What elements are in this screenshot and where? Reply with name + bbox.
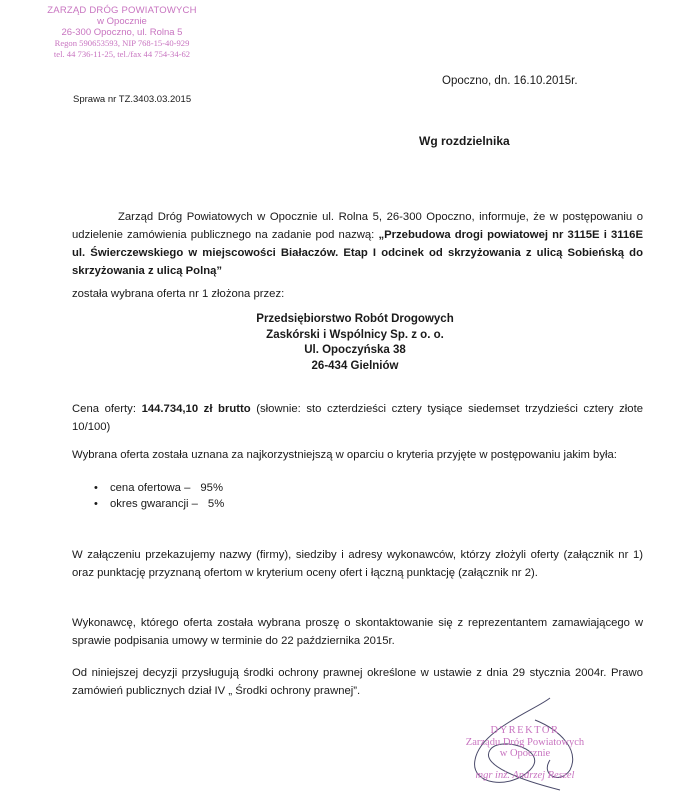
date-line: Opoczno, dn. 16.10.2015r. (442, 75, 578, 87)
paragraph-attachments: W załączeniu przekazujemy nazwy (firmy),… (72, 546, 643, 582)
price-label: Cena oferty: (72, 403, 142, 415)
criteria-list: cena ofertowa –95% okres gwarancji –5% (92, 480, 224, 512)
signature-stamp: DYREKTOR Zarządu Dróg Powiatowych w Opoc… (440, 725, 610, 781)
paragraph-price: Cena oferty: 144.734,10 zł brutto (słown… (72, 400, 643, 436)
contractor-street: Ul. Opoczyńska 38 (30, 343, 680, 359)
stamp-ids: Regon 590653593, NIP 768-15-40-929 (22, 38, 222, 49)
signature-org: Zarządu Dróg Powiatowych (440, 737, 610, 749)
case-number: Sprawa nr TZ.3403.03.2015 (73, 94, 191, 105)
contractor-block: Przedsiębiorstwo Robót Drogowych Zaskórs… (0, 312, 680, 374)
contractor-company: Zaskórski i Wspólnicy Sp. z o. o. (30, 328, 680, 344)
paragraph-contact: Wykonawcę, którego oferta została wybran… (72, 614, 643, 650)
paragraph-legal: Od niniejszej decyzji przysługują środki… (72, 664, 643, 700)
signature-name: mgr inż. Andrzej Reszel (440, 770, 610, 782)
paragraph-selected: została wybrana oferta nr 1 złożona prze… (72, 285, 643, 303)
paragraph-intro: Zarząd Dróg Powiatowych w Opocznie ul. R… (72, 208, 643, 280)
contractor-city: 26-434 Gielniów (30, 359, 680, 375)
contractor-name: Przedsiębiorstwo Robót Drogowych (30, 312, 680, 328)
header-stamp: ZARZĄD DRÓG POWIATOWYCH w Opocznie 26-30… (22, 5, 222, 60)
stamp-address: 26-300 Opoczno, ul. Rolna 5 (22, 27, 222, 38)
criteria-item: cena ofertowa –95% (92, 480, 224, 496)
price-amount: 144.734,10 zł brutto (142, 403, 251, 415)
stamp-title: ZARZĄD DRÓG POWIATOWYCH (22, 5, 222, 16)
recipient: Wg rozdzielnika (419, 134, 510, 148)
criteria-item: okres gwarancji –5% (92, 496, 224, 512)
stamp-phone: tel. 44 736-11-25, tel./fax 44 754-34-62 (22, 49, 222, 60)
signature-city: w Opocznie (440, 748, 610, 760)
stamp-city: w Opocznie (22, 16, 222, 27)
paragraph-criteria: Wybrana oferta została uznana za najkorz… (72, 446, 643, 464)
signature-role: DYREKTOR (440, 725, 610, 737)
